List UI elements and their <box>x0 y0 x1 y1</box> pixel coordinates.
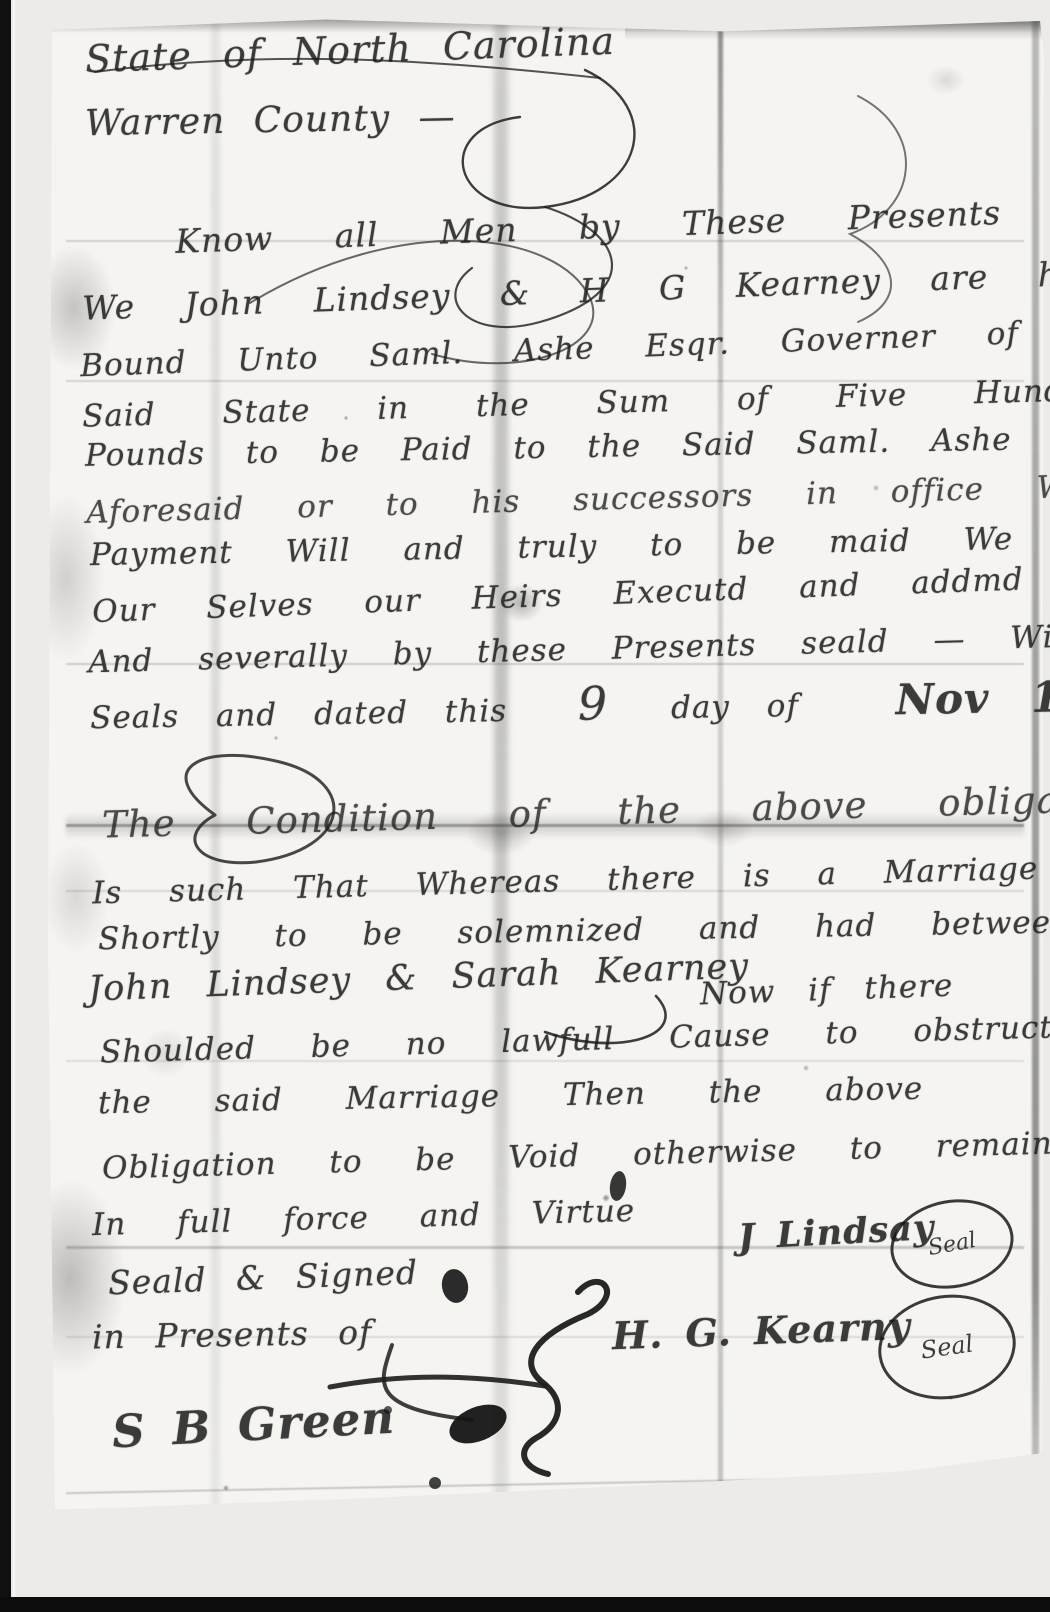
paper-top-edge-shadow-right <box>625 18 1044 40</box>
film-edge-bottom <box>0 1597 1050 1612</box>
film-edge-left <box>0 0 11 1612</box>
header-county-line: Warren County — <box>85 97 456 144</box>
date-month-year: Nov 1796 <box>895 671 1050 724</box>
seal-label: Seal <box>919 1329 975 1364</box>
microfilm-scan: State of North Carolina Warren County — … <box>0 0 1050 1612</box>
vertical-fold-crease <box>1032 18 1039 1510</box>
attestation-line: in Presents of <box>92 1313 373 1357</box>
paper-bottom-edge-line <box>66 1474 1024 1494</box>
seal-label: Seal <box>926 1228 978 1261</box>
date-prefix: Seals and dated this <box>90 693 508 736</box>
date-day: 9 <box>577 676 608 731</box>
date-middle: day of <box>671 688 799 726</box>
film-scratch-line <box>13 0 15 1612</box>
